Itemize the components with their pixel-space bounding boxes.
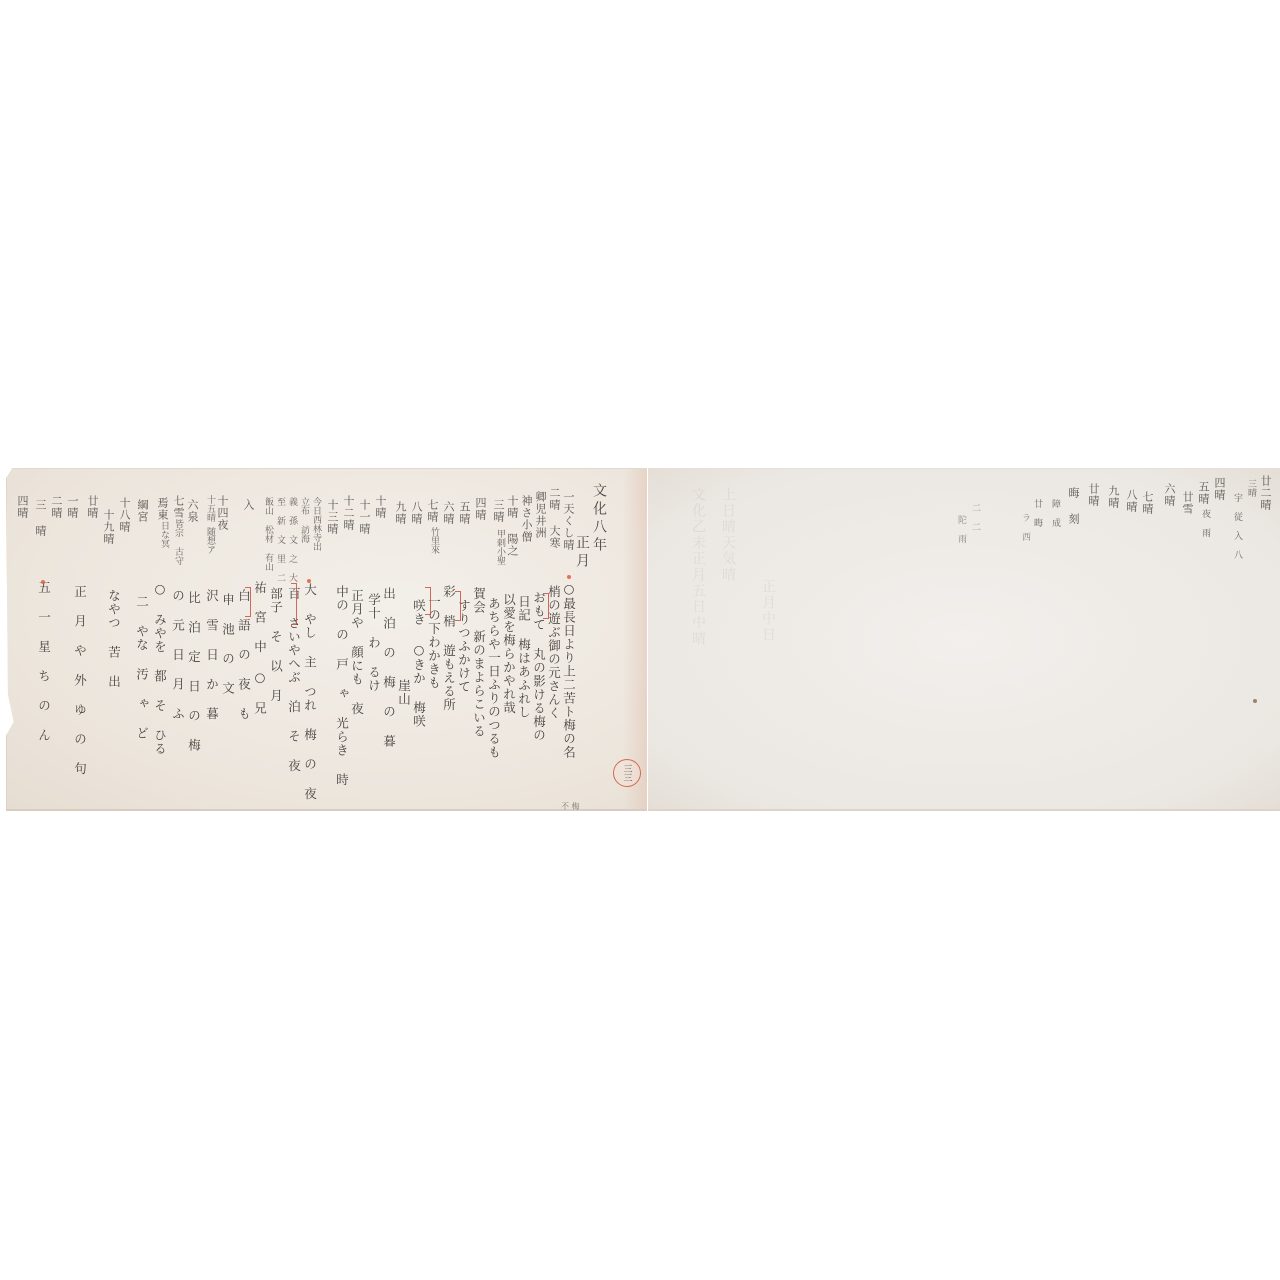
year-title: 文化八年 (592, 483, 606, 555)
weather-entry: 入 (243, 499, 254, 511)
weather-note: 夜 雨 (1200, 509, 1209, 537)
weather-entry: 廿晴 (87, 495, 98, 519)
weather-entry: 七晴 (1142, 491, 1153, 515)
weather-entry: 六泉 (187, 499, 198, 523)
weather-entry: 三 晴 (35, 499, 46, 537)
weather-entry: 十三晴 (327, 499, 338, 535)
weather-note: 飯山 松材 有山 (263, 497, 272, 571)
weather-note: 随想ア (205, 527, 214, 554)
weather-entry: 廿二晴 (1260, 475, 1271, 511)
weather-entry: 神さ小僧 (521, 495, 532, 543)
weather-entry: 十八晴 (119, 497, 130, 533)
paper-stain (1253, 699, 1257, 703)
red-bracket-mark (245, 587, 251, 617)
weather-entry: 二晴 (51, 495, 62, 519)
weather-entry: 焉東 (157, 497, 168, 521)
red-bracket-mark (543, 593, 549, 619)
show-through-text: 正月中日 (758, 579, 778, 643)
weather-entry: 廿 晦 (1032, 499, 1041, 527)
red-dot-mark (307, 579, 311, 583)
body-column: ○最長日より上二苦ト梅の名 (562, 581, 575, 759)
weather-entry: 十晴 (375, 495, 386, 519)
body-column: の 元 日 月 ふ (171, 589, 184, 721)
weather-note: 宇 従 入 八 (1232, 493, 1241, 559)
weather-entry: 五晴 (459, 501, 470, 525)
weather-entry: 九晴 (395, 501, 406, 525)
body-column: 彩 梢 遊もえる所 (442, 585, 455, 712)
month-title: 正月 (575, 535, 589, 571)
weather-entry: 四晴 (17, 495, 28, 519)
body-column: 咲き ○きか 梅咲 (412, 599, 425, 728)
body-column: 正月や 顔にも 夜 (350, 589, 363, 716)
body-column: 中の の 戸 ゃ 光らき 時 (335, 585, 348, 787)
manuscript-spread: 文化八年 正月 一天くし晴 二晴 大寒 卿児井洲 神さ小僧 十晴 陽之 三晴 甲… (0, 468, 1280, 810)
weather-entry: 四晴 (1214, 477, 1225, 501)
weather-entry: 九晴 (1108, 485, 1119, 509)
weather-entry: 十四夜 (217, 495, 228, 531)
weather-entry: 三晴 (1246, 479, 1255, 497)
weather-entry: 廿雪 (1182, 491, 1193, 515)
weather-entry: 六晴 (1164, 483, 1175, 507)
body-column: 申 池 の 文 (221, 593, 234, 695)
red-bracket-mark (425, 587, 431, 615)
right-page: 文化乙未正月五日中晴 上日晴天気晴 正月中日 廿二晴 三晴 宇 従 入 八 四晴… (648, 468, 1280, 811)
body-column: 正 月 や 外 ゆ の 句 (73, 585, 86, 776)
body-column: 比 泊 定 日 の 梅 (187, 591, 200, 752)
weather-entry: 六晴 (443, 501, 454, 525)
weather-entry: 十晴 陽之 (507, 495, 518, 557)
weather-entry: 三晴 (493, 499, 504, 523)
left-page: 文化八年 正月 一天くし晴 二晴 大寒 卿児井洲 神さ小僧 十晴 陽之 三晴 甲… (6, 468, 647, 811)
weather-entry: 十九晴 (103, 509, 114, 545)
red-bracket-mark (455, 591, 461, 621)
weather-entry: 四晴 (475, 497, 486, 521)
weather-note: 障 成 (1050, 499, 1059, 527)
body-column: 祐 宮 中 ○ 兄 (253, 581, 266, 715)
weather-note: 竹里來 (429, 527, 438, 554)
weather-note: ラ 西 (1020, 513, 1029, 541)
body-column: なやつ 苦 出 (107, 589, 120, 689)
body-column: 出 泊 の 梅 の 暮 (382, 587, 395, 748)
weather-note: 十五晴 (205, 495, 214, 522)
body-column: あちらや一日ふりのつるも (487, 597, 500, 759)
weather-entry: 綱宮 (137, 499, 148, 523)
weather-entry: 一天くし晴 (563, 491, 574, 551)
weather-entry: 卿児井洲 (535, 491, 546, 539)
body-column: 学十 わ るけ (367, 593, 380, 693)
body-column: ○ みやを 都 そ ひる (153, 581, 166, 756)
weather-note: 立布 訪海 (299, 497, 308, 543)
weather-note: 甲剌小聖 (495, 529, 504, 565)
weather-note: 陀 雨 (956, 515, 965, 543)
weather-note: 至 新 文 里 二 (275, 497, 284, 582)
weather-entry: 晦 刻 (1068, 487, 1079, 525)
show-through-text: 文化乙未正月五日中晴 (688, 487, 708, 647)
body-column: 五 一 星 ち の ん (37, 581, 50, 742)
weather-entry: 五晴 (1198, 481, 1209, 505)
weather-entry: 八晴 (1126, 489, 1137, 513)
body-column: 以愛を梅らかやれ哉 (502, 593, 515, 715)
body-column: 賀会 新のまよらこいる (472, 587, 485, 738)
red-dot-mark (567, 575, 571, 579)
weather-entry: 二 二 (970, 503, 979, 531)
weather-entry: 二晴 大寒 (549, 487, 560, 549)
smudge-text: 不 梅 (561, 801, 580, 812)
weather-note: 日な冥 (159, 521, 168, 548)
weather-entry: 一晴 (67, 495, 78, 519)
body-column: 崖山 (397, 679, 410, 706)
body-column: 沢 雪 日 か 暮 (205, 589, 218, 721)
weather-entry: 廿晴 (1088, 483, 1099, 507)
weather-entry: 七晴 (427, 499, 438, 523)
weather-entry: 十二晴 (343, 495, 354, 531)
show-through-text: 上日晴天気晴 (718, 487, 738, 583)
weather-note: 皆宗 古守 (173, 519, 182, 565)
body-column: 部子 そ 以 月 (269, 587, 282, 703)
red-bracket-mark (291, 583, 297, 625)
body-column: 二 やな 汚 ゃ ど (135, 595, 148, 740)
page-number-seal: 三三 (613, 759, 641, 787)
weather-note: 義 孫 文 之 大 (287, 497, 296, 582)
weather-entry: 八晴 (411, 501, 422, 525)
weather-note: 今日西林寺出 (311, 497, 320, 551)
weather-entry: 十一晴 (359, 499, 370, 535)
body-column: 大 やし 主 つれ 梅 の 夜 (303, 583, 316, 801)
red-dot-mark (41, 580, 45, 584)
body-column: 日記 梅はあふれし (517, 595, 530, 719)
weather-entry: 七雪 (173, 495, 184, 519)
